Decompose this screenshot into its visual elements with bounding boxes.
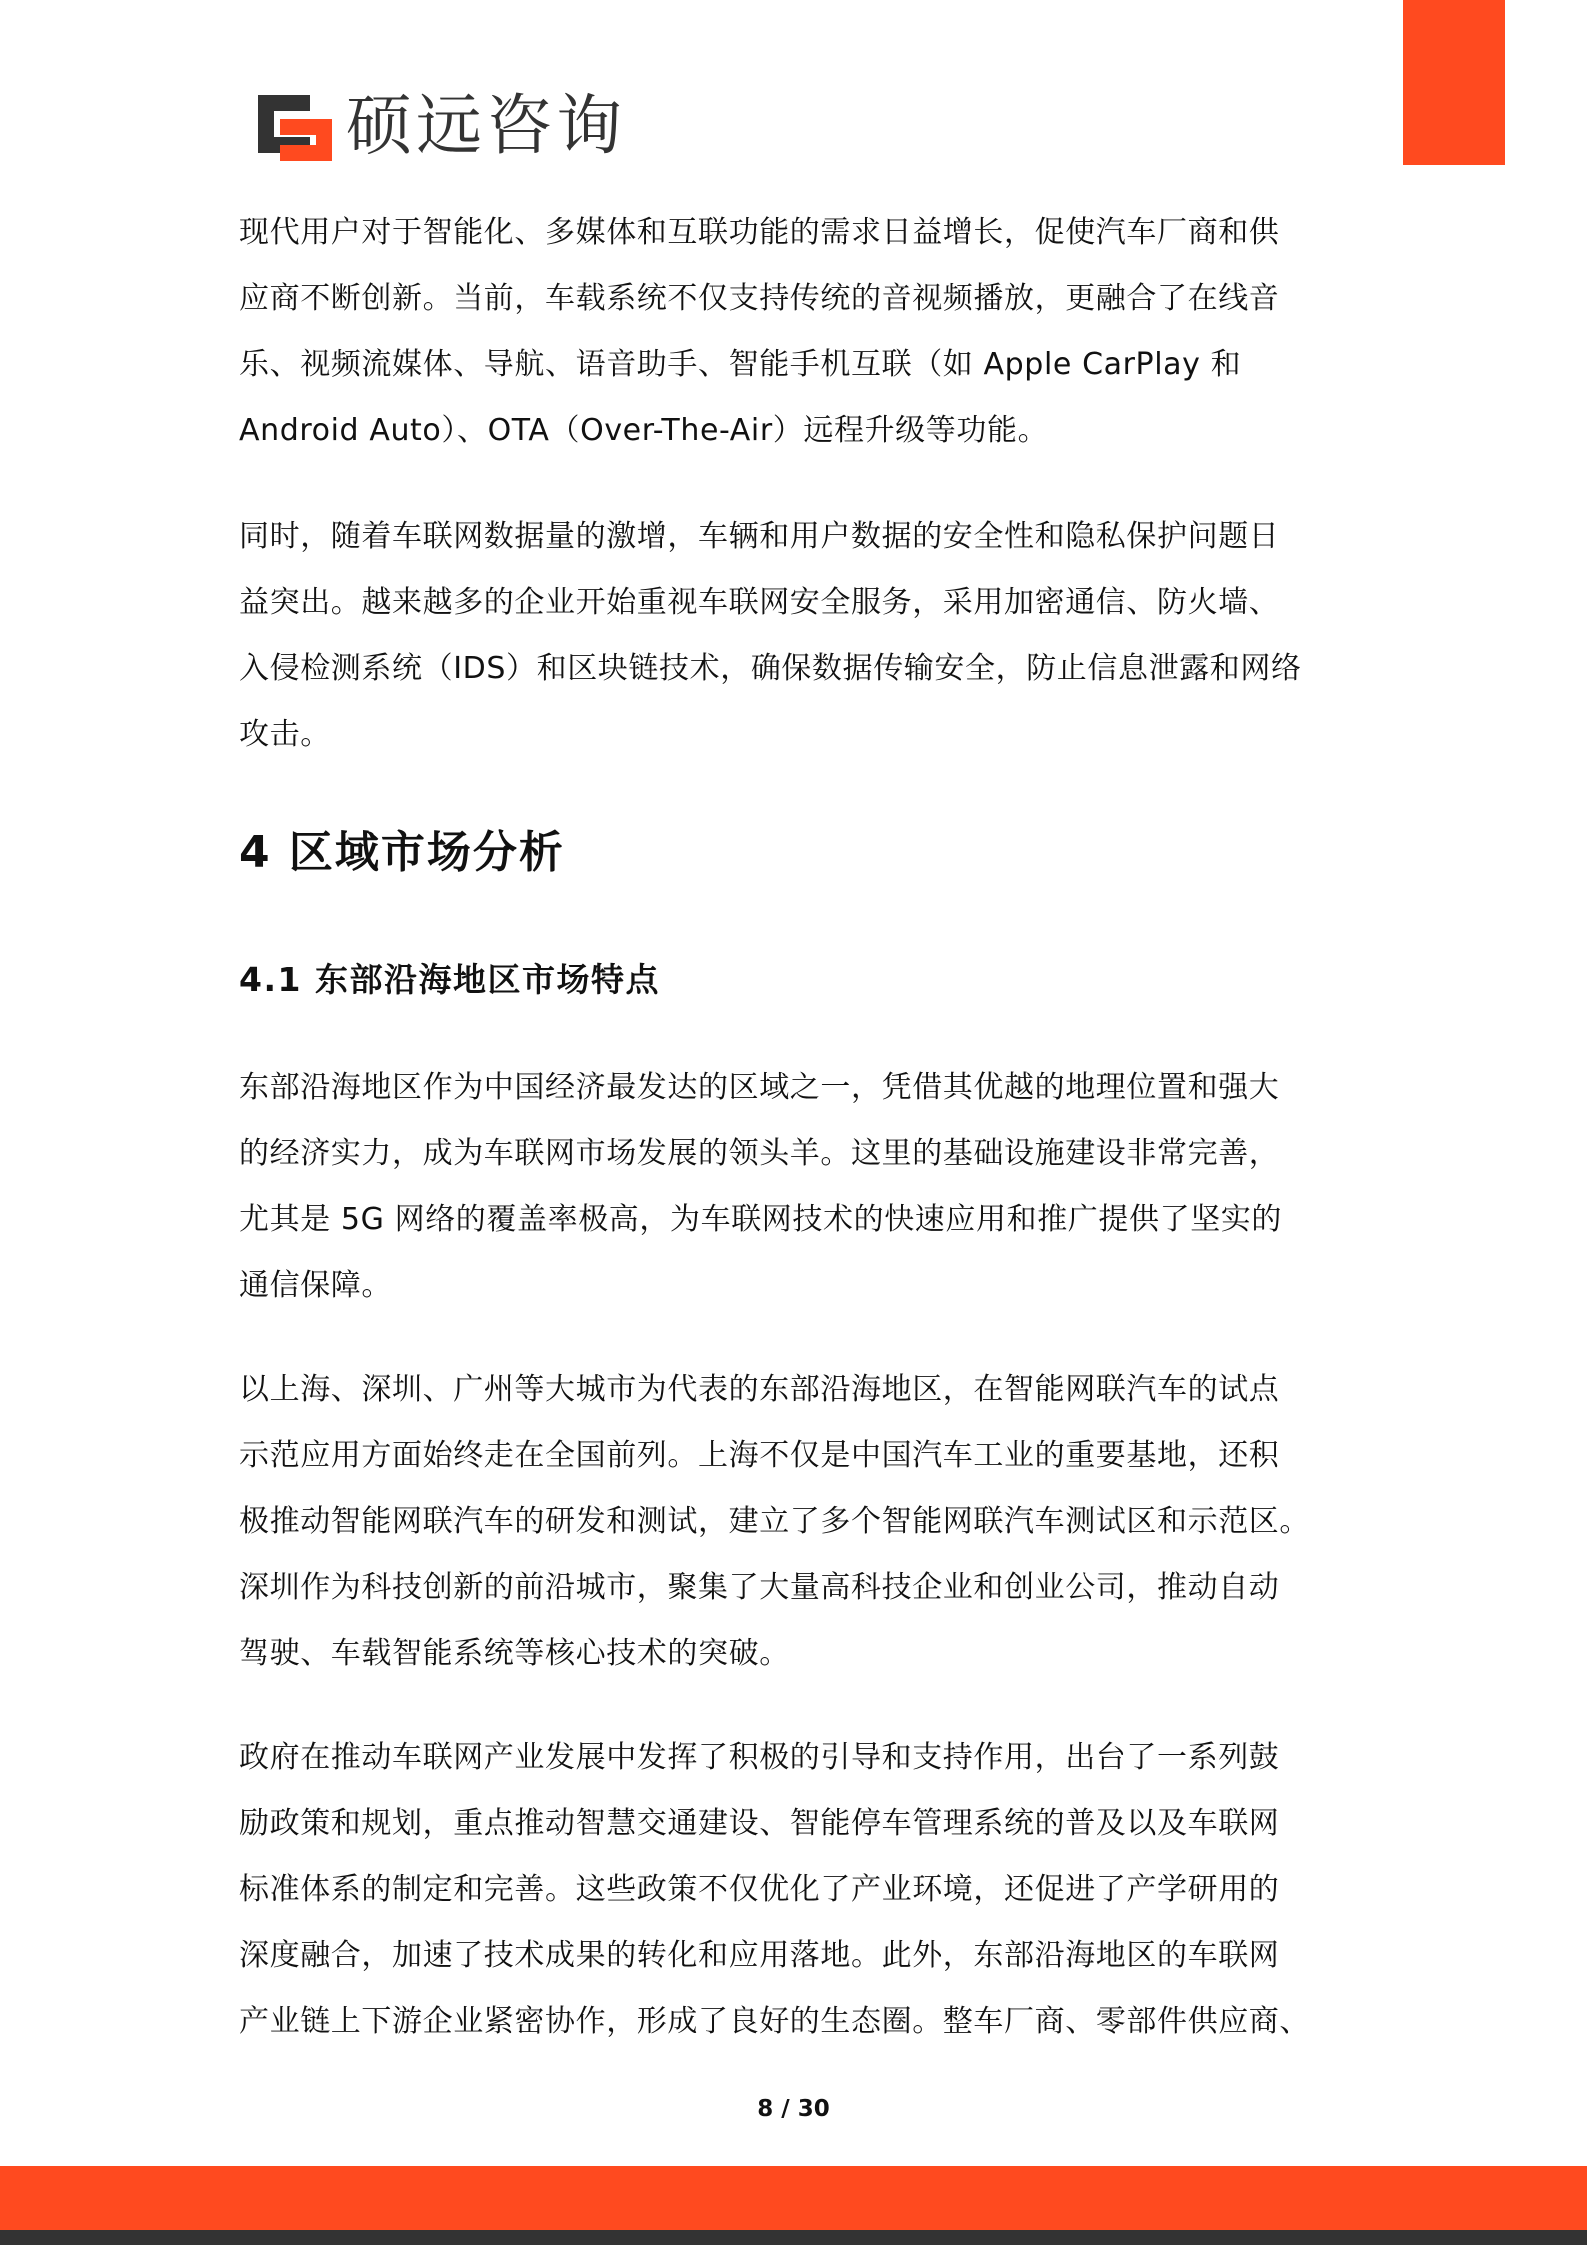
text-line: 现代用户对于智能化、多媒体和互联功能的需求日益增长，促使汽车厂商和供	[239, 200, 1354, 266]
text-line: 深圳作为科技创新的前沿城市，聚集了大量高科技企业和创业公司，推动自动	[239, 1555, 1354, 1621]
section-heading: 4 区域市场分析	[239, 823, 565, 883]
text-line: 攻击。	[239, 702, 1354, 768]
text-line: 通信保障。	[239, 1253, 1354, 1319]
paragraph-multimedia: 现代用户对于智能化、多媒体和互联功能的需求日益增长，促使汽车厂商和供 应商不断创…	[239, 200, 1354, 464]
text-line: Android Auto）、OTA（Over-The-Air）远程升级等功能。	[239, 398, 1354, 464]
text-line: 示范应用方面始终走在全国前列。上海不仅是中国汽车工业的重要基地，还积	[239, 1423, 1354, 1489]
text-line: 益突出。越来越多的企业开始重视车联网安全服务，采用加密通信、防火墙、	[239, 570, 1354, 636]
paragraph-government-policy: 政府在推动车联网产业发展中发挥了积极的引导和支持作用，出台了一系列鼓 励政策和规…	[239, 1725, 1354, 2055]
text-line: 以上海、深圳、广州等大城市为代表的东部沿海地区，在智能网联汽车的试点	[239, 1357, 1354, 1423]
company-logo: 硕远咨询	[258, 88, 626, 164]
logo-mark-icon	[258, 91, 332, 161]
footer-dark-bar	[0, 2230, 1587, 2245]
logo-text: 硕远咨询	[346, 88, 626, 164]
text-line: 深度融合，加速了技术成果的转化和应用落地。此外，东部沿海地区的车联网	[239, 1923, 1354, 1989]
paragraph-east-coast-intro: 东部沿海地区作为中国经济最发达的区域之一，凭借其优越的地理位置和强大 的经济实力…	[239, 1055, 1354, 1319]
paragraph-city-pilots: 以上海、深圳、广州等大城市为代表的东部沿海地区，在智能网联汽车的试点 示范应用方…	[239, 1357, 1354, 1687]
text-line: 励政策和规划，重点推动智慧交通建设、智能停车管理系统的普及以及车联网	[239, 1791, 1354, 1857]
text-line: 乐、视频流媒体、导航、语音助手、智能手机互联（如 Apple CarPlay 和	[239, 332, 1354, 398]
text-line: 入侵检测系统（IDS）和区块链技术，确保数据传输安全，防止信息泄露和网络	[239, 636, 1354, 702]
corner-accent-block	[1403, 0, 1505, 165]
footer-accent-bar	[0, 2166, 1587, 2230]
paragraph-security: 同时，随着车联网数据量的激增，车辆和用户数据的安全性和隐私保护问题日 益突出。越…	[239, 504, 1354, 768]
text-line: 应商不断创新。当前，车载系统不仅支持传统的音视频播放，更融合了在线音	[239, 266, 1354, 332]
text-line: 驾驶、车载智能系统等核心技术的突破。	[239, 1621, 1354, 1687]
text-line: 同时，随着车联网数据量的激增，车辆和用户数据的安全性和隐私保护问题日	[239, 504, 1354, 570]
text-line: 的经济实力，成为车联网市场发展的领头羊。这里的基础设施建设非常完善，	[239, 1121, 1354, 1187]
text-line: 标准体系的制定和完善。这些政策不仅优化了产业环境，还促进了产学研用的	[239, 1857, 1354, 1923]
page-number: 8 / 30	[0, 2096, 1587, 2122]
text-line: 尤其是 5G 网络的覆盖率极高，为车联网技术的快速应用和推广提供了坚实的	[239, 1187, 1354, 1253]
text-line: 产业链上下游企业紧密协作，形成了良好的生态圈。整车厂商、零部件供应商、	[239, 1989, 1354, 2055]
text-line: 东部沿海地区作为中国经济最发达的区域之一，凭借其优越的地理位置和强大	[239, 1055, 1354, 1121]
subsection-heading: 4.1 东部沿海地区市场特点	[239, 955, 660, 1005]
text-line: 政府在推动车联网产业发展中发挥了积极的引导和支持作用，出台了一系列鼓	[239, 1725, 1354, 1791]
text-line: 极推动智能网联汽车的研发和测试，建立了多个智能网联汽车测试区和示范区。	[239, 1489, 1354, 1555]
